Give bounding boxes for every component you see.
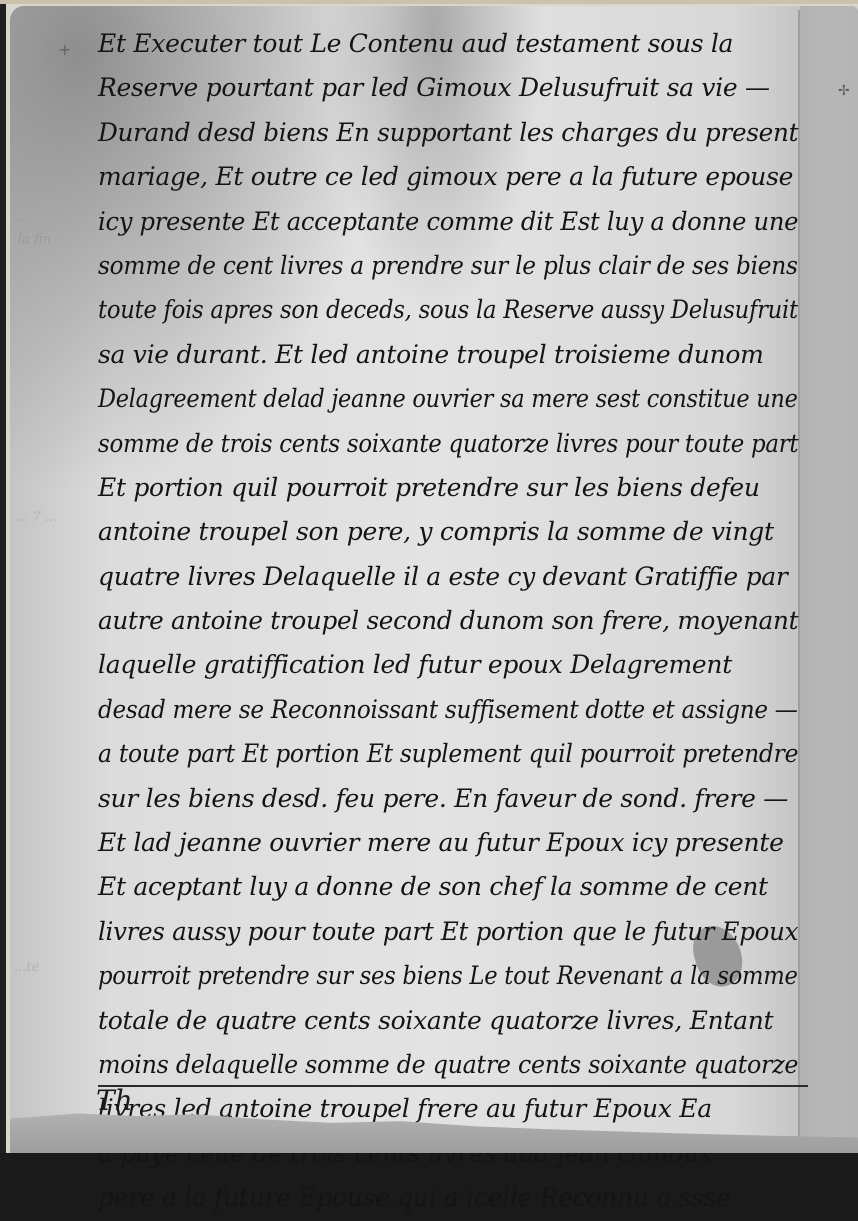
text-line: sur les biens desd. feu pere. En faveur … xyxy=(98,777,818,821)
right-margin-mark: ✢ xyxy=(838,83,850,99)
text-line: somme de trois cents soixante quatorze l… xyxy=(98,422,757,466)
text-line: quatre livres Delaquelle il a este cy de… xyxy=(98,555,818,599)
text-line: desad mere se Reconnoissant suffisement … xyxy=(98,688,763,732)
text-line: moins delaquelle somme de quatre cents s… xyxy=(98,1043,783,1087)
text-line: pourroit pretendre sur ses biens Le tout… xyxy=(98,954,751,998)
text-line: Et Executer tout Le Contenu aud testamen… xyxy=(98,22,818,66)
text-line: Et lad jeanne ouvrier mere au futur Epou… xyxy=(98,821,818,865)
text-line: Et portion quil pourroit pretendre sur l… xyxy=(98,466,818,510)
document-frame: ... la fin ... 7 ... ...te + ✢ Et Execut… xyxy=(0,0,858,1153)
bleed-through-text: ... xyxy=(14,210,26,225)
text-line: antoine troupel son pere, y compris la s… xyxy=(98,510,818,554)
text-line: icy presente Et acceptante comme dit Est… xyxy=(98,200,796,244)
text-line: autre antoine troupel second dunom son f… xyxy=(98,599,809,643)
text-line: toute fois apres son deceds, sous la Res… xyxy=(98,288,752,332)
manuscript-text-block: Et Executer tout Le Contenu aud testamen… xyxy=(98,22,818,1153)
text-line: totale de quatre cents soixante quatorze… xyxy=(98,999,818,1043)
scan-top-border xyxy=(0,0,858,4)
text-line: a toute part Et portion Et suplement qui… xyxy=(98,732,773,776)
bleed-through-text: ... 7 ... xyxy=(16,510,57,525)
text-line: laquelle gratiffication led futur epoux … xyxy=(98,643,818,687)
text-line: sa vie durant. Et led antoine troupel tr… xyxy=(98,333,818,377)
margin-cross-mark: + xyxy=(58,40,71,59)
bleed-through-text: ...te xyxy=(14,960,39,975)
text-line: somme de cent livres a prendre sur le pl… xyxy=(98,244,768,288)
notary-initials: Th xyxy=(96,1084,133,1117)
text-line: Reserve pourtant par led Gimoux Delusufr… xyxy=(98,66,818,110)
text-line: Durand desd biens En supportant les char… xyxy=(98,111,810,155)
closing-rule-line xyxy=(98,1085,808,1087)
text-line: livres aussy pour toute part Et portion … xyxy=(98,910,804,954)
bleed-through-text: la fin xyxy=(18,232,51,247)
text-line: mariage, Et outre ce led gimoux pere a l… xyxy=(98,155,818,199)
text-line: Et aceptant luy a donne de son chef la s… xyxy=(98,865,818,909)
text-line: Delagreement delad jeanne ouvrier sa mer… xyxy=(98,377,745,421)
scan-left-border xyxy=(0,0,6,1153)
